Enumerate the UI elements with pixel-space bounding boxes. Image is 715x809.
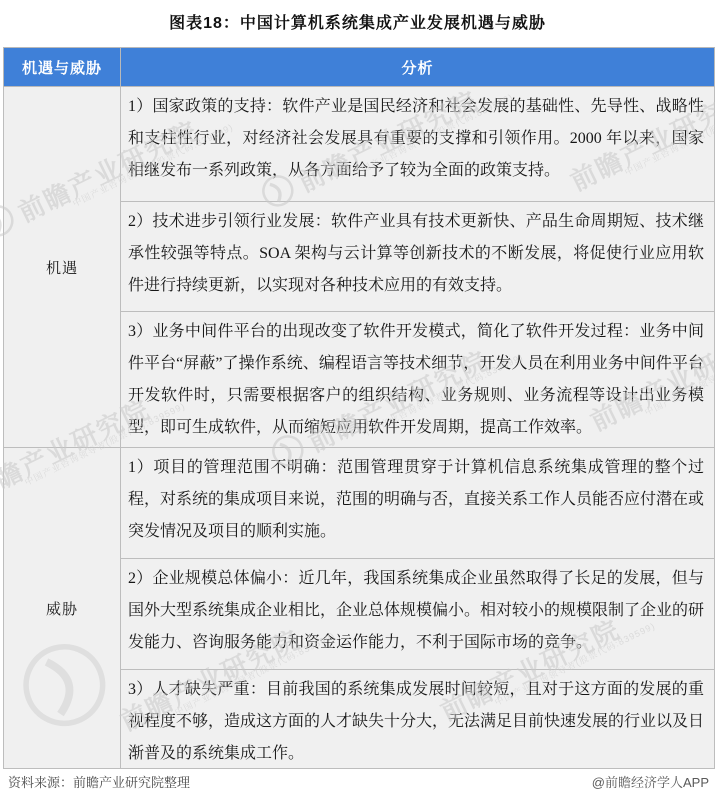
analysis-cell-threat-3: 3）人才缺失严重：目前我国的系统集成发展时间较短，且对于这方面的发展的重视程度不… — [121, 670, 715, 769]
group-label-opportunity: 机遇 — [4, 87, 121, 448]
analysis-cell-threat-2: 2）企业规模总体偏小：近几年，我国系统集成企业虽然取得了长足的发展，但与国外大型… — [121, 559, 715, 670]
analysis-cell-opportunity-3: 3）业务中间件平台的出现改变了软件开发模式，简化了软件开发过程：业务中间件平台“… — [121, 312, 715, 448]
group-label-threat: 威胁 — [4, 448, 121, 769]
analysis-text: 1）项目的管理范围不明确：范围管理贯穿于计算机信息系统集成管理的整个过程，对系统… — [128, 452, 704, 554]
analysis-text: 2）企业规模总体偏小：近几年，我国系统集成企业虽然取得了长足的发展，但与国外大型… — [128, 563, 704, 665]
table-header-row: 机遇与威胁 分析 — [4, 48, 715, 87]
analysis-text: 3）业务中间件平台的出现改变了软件开发模式，简化了软件开发过程：业务中间件平台“… — [128, 316, 704, 443]
column-header-category: 机遇与威胁 — [4, 48, 121, 87]
analysis-text: 3）人才缺失严重：目前我国的系统集成发展时间较短，且对于这方面的发展的重视程度不… — [128, 674, 704, 764]
analysis-cell-opportunity-2: 2）技术进步引领行业发展：软件产业具有技术更新快、产品生命周期短、技术继承性较强… — [121, 202, 715, 312]
report-figure-page: 图表18：中国计算机系统集成产业发展机遇与威胁 机遇与威胁 分析 机遇 1）国家… — [0, 0, 715, 809]
analysis-text: 2）技术进步引领行业发展：软件产业具有技术更新快、产品生命周期短、技术继承性较强… — [128, 206, 704, 307]
source-note: 资料来源：前瞻产业研究院整理 — [8, 772, 190, 791]
column-header-analysis: 分析 — [121, 48, 715, 87]
table-row: 威胁 1）项目的管理范围不明确：范围管理贯穿于计算机信息系统集成管理的整个过程，… — [4, 448, 715, 559]
analysis-text: 1）国家政策的支持：软件产业是国民经济和社会发展的基础性、先导性、战略性和支柱性… — [128, 91, 704, 197]
page-title: 图表18：中国计算机系统集成产业发展机遇与威胁 — [0, 10, 715, 33]
swot-table: 机遇与威胁 分析 机遇 1）国家政策的支持：软件产业是国民经济和社会发展的基础性… — [3, 47, 715, 769]
analysis-cell-threat-1: 1）项目的管理范围不明确：范围管理贯穿于计算机信息系统集成管理的整个过程，对系统… — [121, 448, 715, 559]
credit-note: @前瞻经济学人APP — [592, 772, 709, 791]
table-row: 机遇 1）国家政策的支持：软件产业是国民经济和社会发展的基础性、先导性、战略性和… — [4, 87, 715, 202]
analysis-cell-opportunity-1: 1）国家政策的支持：软件产业是国民经济和社会发展的基础性、先导性、战略性和支柱性… — [121, 87, 715, 202]
